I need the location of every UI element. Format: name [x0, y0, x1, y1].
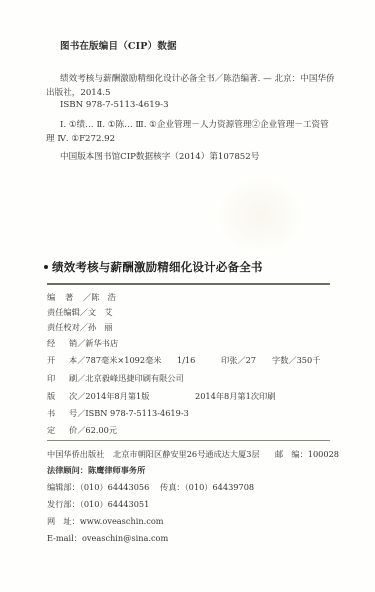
cip-heading: 图书在版编目（CIP）数据	[60, 38, 177, 52]
email: E-mail：oveaschin@sina.com	[47, 533, 168, 544]
credit-author: 编著／陈 浩	[47, 292, 116, 303]
book-title-text: 绩效考核与薪酬激励精细化设计必备全书	[52, 260, 263, 274]
credit-editor: 责任编辑／文 艾	[47, 307, 113, 318]
fax-number: 传真：（010）64439708	[160, 482, 254, 493]
publisher-postcode: 邮 编：100028	[275, 449, 339, 460]
publisher-name: 中国华侨出版社	[47, 449, 104, 460]
credit-format: 开本／787毫米×1092毫米	[47, 355, 161, 366]
credit-distributor: 经销／新华书店	[47, 338, 118, 349]
credit-proofreader: 责任校对／孙 丽	[47, 322, 113, 333]
credit-sheets: 印张／27	[221, 355, 256, 366]
credit-printer: 印刷／北京毅峰迅捷印刷有限公司	[47, 373, 184, 384]
credit-fold: 1/16	[177, 355, 195, 365]
credit-edition: 版次／2014年8月第1版	[47, 391, 149, 402]
editorial-phone: 编辑部：（010）64443056	[47, 482, 149, 493]
cip-line-title: 绩效考核与薪酬激励精细化设计必备全书／陈浩编著. — 北京：中国华侨	[60, 72, 335, 84]
credit-isbn: 书号／ISBN 978-7-5113-4619-3	[47, 408, 189, 419]
cip-line-classification-cont: 理 Ⅳ. ①F272.92	[46, 132, 115, 144]
cip-line-publisher-year: 出版社，2014.5	[46, 86, 110, 98]
cip-line-classification: Ⅰ. ①绩… Ⅱ. ①陈… Ⅲ. ①企业管理－人力资源管理②企业管理－工资管	[60, 118, 329, 130]
credits-divider	[47, 440, 330, 441]
cip-line-isbn: ISBN 978-7-5113-4619-3	[60, 100, 169, 110]
bullet-icon	[44, 265, 48, 269]
sales-phone: 发行部：（010）64443051	[47, 499, 149, 510]
paper-stain	[215, 175, 305, 255]
copyright-page: 图书在版编目（CIP）数据 绩效考核与薪酬激励精细化设计必备全书／陈浩编著. —…	[0, 0, 375, 592]
title-divider	[47, 283, 330, 285]
website: 网 址：www.oveaschin.com	[47, 516, 164, 527]
credit-printing: 2014年8月第1次印刷	[195, 391, 275, 402]
book-title: 绩效考核与薪酬激励精细化设计必备全书	[44, 259, 263, 275]
cip-record-number: 中国版本图书馆CIP数据核字（2014）第107852号	[60, 150, 259, 162]
publisher-address: 北京市朝阳区静安里26号通成达大厦3层	[113, 449, 260, 460]
legal-counsel: 法律顾问：陈鹰律师事务所	[47, 465, 145, 476]
credit-price: 定价／62.00元	[47, 425, 117, 436]
credit-words: 字数／350千	[272, 355, 320, 366]
